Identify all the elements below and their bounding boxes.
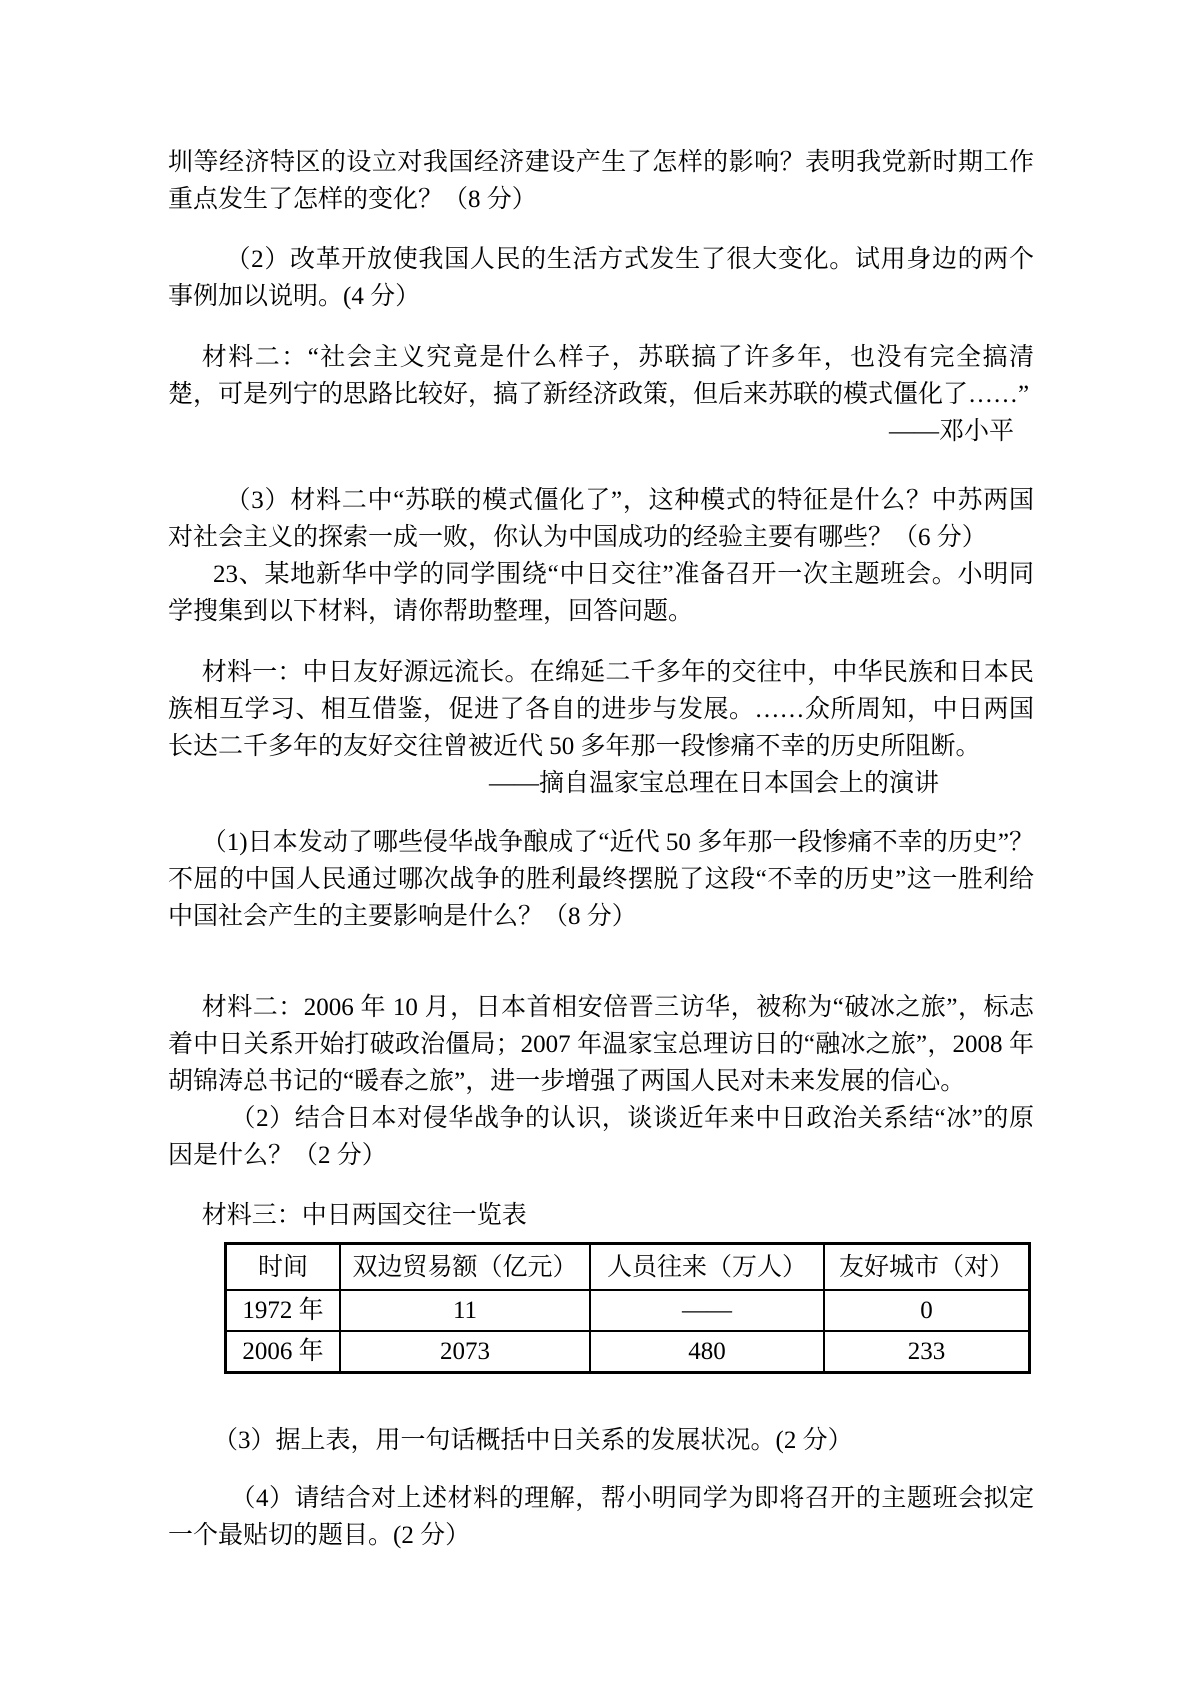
- cell-people-1972: ——: [590, 1290, 824, 1331]
- question-22-continuation-text: 圳等经济特区的设立对我国经济建设产生了怎样的影响？表明我党新时期工作重点发生了怎…: [168, 144, 1034, 218]
- header-cell-city: 友好城市（对）: [824, 1244, 1030, 1291]
- header-cell-trade: 双边贸易额（亿元）: [340, 1244, 590, 1291]
- table-row: 1972 年 11 —— 0: [226, 1290, 1030, 1331]
- cell-city-2006: 233: [824, 1331, 1030, 1373]
- cell-year-1972: 1972 年: [226, 1290, 341, 1331]
- exchange-table-body: 1972 年 11 —— 0 2006 年 2073 480 233: [226, 1290, 1030, 1373]
- cell-trade-1972: 11: [340, 1290, 590, 1331]
- cell-year-2006: 2006 年: [226, 1331, 341, 1373]
- sino-japan-exchange-table: 时间 双边贸易额（亿元） 人员往来（万人） 友好城市（对） 1972 年 11 …: [224, 1242, 1031, 1374]
- question-23-part4-text: （4）请结合对上述材料的理解，帮小明同学为即将召开的主题班会拟定一个最贴切的题目…: [168, 1480, 1034, 1554]
- table-row: 2006 年 2073 480 233: [226, 1331, 1030, 1373]
- question-23-part3-text: （3）据上表，用一句话概括中日关系的发展状况。(2 分）: [168, 1422, 1034, 1459]
- cell-people-2006: 480: [590, 1331, 824, 1373]
- question-22-part2-text: （2）改革开放使我国人民的生活方式发生了很大变化。试用身边的两个事例加以说明。(…: [168, 241, 1034, 315]
- quote-attribution-wen-jiabao: ——摘自温家宝总理在日本国会上的演讲: [168, 765, 1034, 802]
- exam-paper-page: 圳等经济特区的设立对我国经济建设产生了怎样的影响？表明我党新时期工作重点发生了怎…: [0, 0, 1200, 1698]
- cell-city-1972: 0: [824, 1290, 1030, 1331]
- question-23-part2-text: （2）结合日本对侵华战争的认识，谈谈近年来中日政治关系结“冰”的原因是什么？（2…: [168, 1100, 1034, 1174]
- question-23-part1-text: （1)日本发动了哪些侵华战争酿成了“近代 50 多年那一段惨痛不幸的历史”？不屈…: [168, 824, 1034, 935]
- question-23-intro-text: 23、某地新华中学的同学围绕“中日交往”准备召开一次主题班会。小明同学搜集到以下…: [168, 556, 1034, 630]
- header-cell-people: 人员往来（万人）: [590, 1244, 824, 1291]
- material-2-deng-quote: 材料二：“社会主义究竟是什么样子，苏联搞了许多年，也没有完全搞清楚，可是列宁的思…: [168, 339, 1034, 413]
- exchange-table-header: 时间 双边贸易额（亿元） 人员往来（万人） 友好城市（对）: [226, 1244, 1030, 1291]
- material-3-title: 材料三：中日两国交往一览表: [168, 1197, 1034, 1234]
- question-22-part3-text: （3）材料二中“苏联的模式僵化了”，这种模式的特征是什么？中苏两国对社会主义的探…: [168, 482, 1034, 556]
- cell-trade-2006: 2073: [340, 1331, 590, 1373]
- material-2-text: 材料二：2006 年 10 月，日本首相安倍晋三访华，被称为“破冰之旅”，标志着…: [168, 989, 1034, 1100]
- quote-attribution-deng-xiaoping: ——邓小平: [168, 413, 1034, 450]
- header-cell-time: 时间: [226, 1244, 341, 1291]
- material-1-text: 材料一：中日友好源远流长。在绵延二千多年的交往中，中华民族和日本民族相互学习、相…: [168, 654, 1034, 765]
- table-header-row: 时间 双边贸易额（亿元） 人员往来（万人） 友好城市（对）: [226, 1244, 1030, 1291]
- page-text-column: 圳等经济特区的设立对我国经济建设产生了怎样的影响？表明我党新时期工作重点发生了怎…: [168, 144, 1034, 1554]
